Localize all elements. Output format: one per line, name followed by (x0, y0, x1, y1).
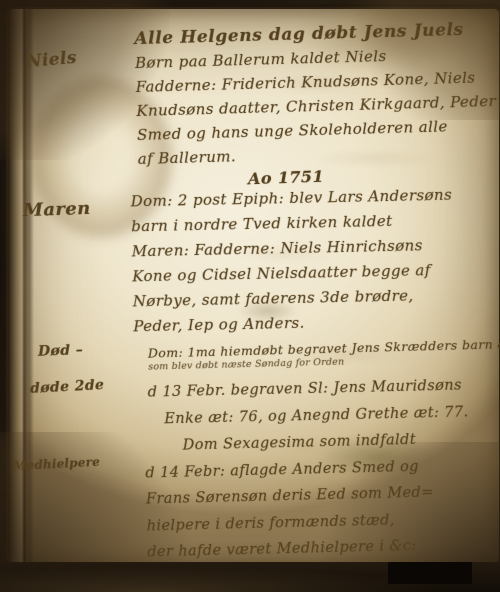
baptism-entry-maren: Dom: 2 post Epiph: blev Lars Andersøns b… (130, 183, 455, 340)
medhielpere-entry: Dom Sexagesima som indfaldt d 14 Febr: a… (144, 427, 435, 566)
book-binding-edge (8, 9, 34, 565)
dark-patch (388, 562, 472, 584)
deaths-entry: d 13 Febr. begraven Sl: Jens Mauridsøns … (147, 372, 468, 433)
scanned-photo-background: Niels Maren Død – døde 2de Medhielpere A… (0, 0, 500, 592)
margin-name-maren: Maren (23, 198, 91, 221)
margin-label-death: Død – (38, 342, 84, 360)
baptism-entry-niels: Alle Helgens dag døbt Jens Juels Børn pa… (134, 17, 498, 171)
